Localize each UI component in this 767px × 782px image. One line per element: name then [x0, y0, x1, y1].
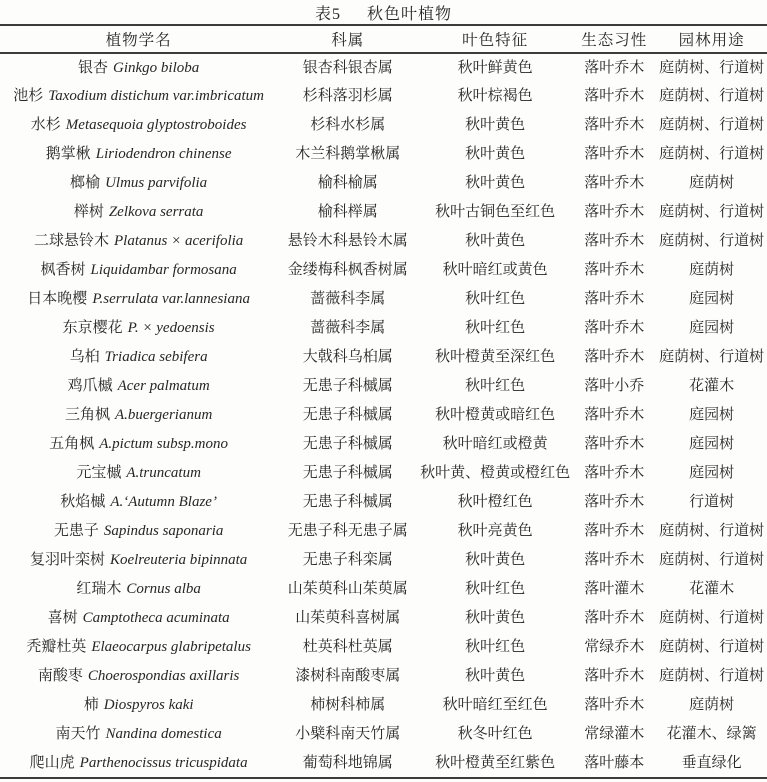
habit-cell: 落叶小乔 [572, 372, 656, 401]
table-row: 水杉Metasequoia glyptostroboides 杉科水杉属 秋叶黄… [0, 111, 767, 140]
plant-name-cell: 元宝槭A.truncatum [0, 459, 277, 488]
plant-name-latin: A.truncatum [126, 465, 201, 481]
plant-name-latin: Diospyros kaki [104, 697, 194, 713]
plant-name-latin: Zelkova serrata [109, 204, 204, 220]
leaf-color-cell: 秋叶红色 [418, 372, 572, 401]
leaf-color-cell: 秋叶橙黄或暗红色 [418, 401, 572, 430]
family-genus-cell: 蔷薇科李属 [277, 314, 418, 343]
habit-cell: 常绿灌木 [572, 720, 656, 749]
table-row: 秃瓣杜英Elaeocarpus glabripetalus 杜英科杜英属 秋叶红… [0, 633, 767, 662]
plant-name-latin: Liquidambar formosana [91, 262, 237, 278]
plant-name-cn: 水杉 [31, 117, 61, 133]
plant-name-latin: Cornus alba [126, 581, 201, 597]
garden-use-cell: 庭荫树 [656, 256, 767, 285]
plant-name-latin: Elaeocarpus glabripetalus [91, 639, 251, 655]
leaf-color-cell: 秋叶橙红色 [418, 488, 572, 517]
leaf-color-cell: 秋叶红色 [418, 633, 572, 662]
table-row: 三角枫A.buergerianum 无患子科槭属 秋叶橙黄或暗红色 落叶乔木 庭… [0, 401, 767, 430]
family-genus-cell: 大戟科乌桕属 [277, 343, 418, 372]
plant-name-latin: Camptotheca acuminata [83, 610, 230, 626]
plant-name-cell: 南天竹Nandina domestica [0, 720, 277, 749]
plant-name-cn: 鸡爪槭 [68, 378, 113, 394]
plant-name-latin: Liriodendron chinense [96, 146, 232, 162]
column-header-garden-use: 园林用途 [656, 25, 767, 53]
plant-name-cn: 二球悬铃木 [34, 233, 109, 249]
plant-name-cell: 红瑞木Cornus alba [0, 575, 277, 604]
plant-name-cn: 五角枫 [49, 436, 94, 452]
plant-name-cell: 秃瓣杜英Elaeocarpus glabripetalus [0, 633, 277, 662]
habit-cell: 落叶乔木 [572, 517, 656, 546]
habit-cell: 落叶乔木 [572, 662, 656, 691]
habit-cell: 落叶乔木 [572, 53, 656, 82]
table-row: 银杏Ginkgo biloba 银杏科银杏属 秋叶鲜黄色 落叶乔木 庭荫树、行道… [0, 53, 767, 82]
table-row: 鹅掌楸Liriodendron chinense 木兰科鹅掌楸属 秋叶黄色 落叶… [0, 140, 767, 169]
garden-use-cell: 行道树 [656, 488, 767, 517]
plant-name-cell: 三角枫A.buergerianum [0, 401, 277, 430]
table-row: 无患子Sapindus saponaria 无患子科无患子属 秋叶亮黄色 落叶乔… [0, 517, 767, 546]
family-genus-cell: 无患子科槭属 [277, 430, 418, 459]
family-genus-cell: 无患子科栾属 [277, 546, 418, 575]
table-row: 枫香树Liquidambar formosana 金缕梅科枫香树属 秋叶暗红或黄… [0, 256, 767, 285]
plant-name-cn: 南酸枣 [38, 668, 83, 684]
plant-name-cell: 喜树Camptotheca acuminata [0, 604, 277, 633]
habit-cell: 落叶乔木 [572, 198, 656, 227]
garden-use-cell: 庭荫树、行道树 [656, 198, 767, 227]
family-genus-cell: 葡萄科地锦属 [277, 749, 418, 778]
garden-use-cell: 庭园树 [656, 314, 767, 343]
leaf-color-cell: 秋叶黄色 [418, 140, 572, 169]
leaf-color-cell: 秋叶红色 [418, 285, 572, 314]
plants-table: 植物学名 科属 叶色特征 生态习性 园林用途 银杏Ginkgo biloba 银… [0, 24, 767, 779]
table-row: 日本晚樱P.serrulata var.lannesiana 蔷薇科李属 秋叶红… [0, 285, 767, 314]
family-genus-cell: 银杏科银杏属 [277, 53, 418, 82]
habit-cell: 落叶乔木 [572, 140, 656, 169]
leaf-color-cell: 秋叶暗红或黄色 [418, 256, 572, 285]
plant-name-cell: 二球悬铃木Platanus × acerifolia [0, 227, 277, 256]
family-genus-cell: 榆科榆属 [277, 169, 418, 198]
family-genus-cell: 杉科落羽杉属 [277, 82, 418, 111]
garden-use-cell: 花灌木 [656, 575, 767, 604]
column-header-family-genus: 科属 [277, 25, 418, 53]
habit-cell: 落叶乔木 [572, 488, 656, 517]
habit-cell: 落叶乔木 [572, 430, 656, 459]
plant-name-latin: Ulmus parvifolia [105, 175, 207, 191]
plant-name-cell: 池杉Taxodium distichum var.imbricatum [0, 82, 277, 111]
leaf-color-cell: 秋冬叶红色 [418, 720, 572, 749]
family-genus-cell: 无患子科槭属 [277, 372, 418, 401]
plant-name-cn: 东京樱花 [63, 320, 123, 336]
table-row: 爬山虎Parthenocissus tricuspidata 葡萄科地锦属 秋叶… [0, 749, 767, 778]
habit-cell: 落叶乔木 [572, 604, 656, 633]
habit-cell: 落叶乔木 [572, 691, 656, 720]
family-genus-cell: 木兰科鹅掌楸属 [277, 140, 418, 169]
family-genus-cell: 柿树科柿属 [277, 691, 418, 720]
habit-cell: 落叶灌木 [572, 575, 656, 604]
garden-use-cell: 庭荫树、行道树 [656, 662, 767, 691]
table-row: 元宝槭A.truncatum 无患子科槭属 秋叶黄、橙黄或橙红色 落叶乔木 庭园… [0, 459, 767, 488]
plant-name-cell: 柿Diospyros kaki [0, 691, 277, 720]
garden-use-cell: 庭荫树、行道树 [656, 343, 767, 372]
leaf-color-cell: 秋叶红色 [418, 314, 572, 343]
family-genus-cell: 无患子科槭属 [277, 459, 418, 488]
plant-name-cn: 鹅掌楸 [46, 146, 91, 162]
family-genus-cell: 蔷薇科李属 [277, 285, 418, 314]
habit-cell: 落叶藤本 [572, 749, 656, 778]
plant-name-cn: 三角枫 [65, 407, 110, 423]
plant-name-latin: Triadica sebifera [105, 349, 208, 365]
table-label: 表5 [315, 1, 341, 24]
family-genus-cell: 小檗科南天竹属 [277, 720, 418, 749]
garden-use-cell: 庭荫树、行道树 [656, 517, 767, 546]
garden-use-cell: 垂直绿化 [656, 749, 767, 778]
family-genus-cell: 漆树科南酸枣属 [277, 662, 418, 691]
garden-use-cell: 庭荫树、行道树 [656, 111, 767, 140]
garden-use-cell: 庭荫树、行道树 [656, 546, 767, 575]
garden-use-cell: 庭荫树、行道树 [656, 140, 767, 169]
plant-name-cn: 池杉 [13, 88, 43, 104]
plant-name-latin: A.pictum subsp.mono [99, 436, 228, 452]
plant-name-cn: 爬山虎 [30, 755, 75, 771]
plant-name-cn: 红瑞木 [76, 581, 121, 597]
column-header-leaf-color: 叶色特征 [418, 25, 572, 53]
plant-name-cell: 乌桕Triadica sebifera [0, 343, 277, 372]
plant-name-latin: Koelreuteria bipinnata [110, 552, 247, 568]
plant-name-cell: 东京樱花P. × yedoensis [0, 314, 277, 343]
habit-cell: 落叶乔木 [572, 256, 656, 285]
leaf-color-cell: 秋叶橙黄至红紫色 [418, 749, 572, 778]
plant-name-cell: 南酸枣Choerospondias axillaris [0, 662, 277, 691]
leaf-color-cell: 秋叶黄色 [418, 604, 572, 633]
table-row: 东京樱花P. × yedoensis 蔷薇科李属 秋叶红色 落叶乔木 庭园树 [0, 314, 767, 343]
garden-use-cell: 庭园树 [656, 401, 767, 430]
leaf-color-cell: 秋叶红色 [418, 575, 572, 604]
plant-name-cn: 银杏 [78, 60, 108, 76]
plant-name-cn: 喜树 [48, 610, 78, 626]
header-row: 植物学名 科属 叶色特征 生态习性 园林用途 [0, 25, 767, 53]
plant-name-cell: 复羽叶栾树Koelreuteria bipinnata [0, 546, 277, 575]
leaf-color-cell: 秋叶暗红或橙黄 [418, 430, 572, 459]
leaf-color-cell: 秋叶黄色 [418, 111, 572, 140]
habit-cell: 落叶乔木 [572, 314, 656, 343]
table-caption: 表5 秋色叶植物 [0, 0, 767, 24]
plant-name-cn: 无患子 [54, 523, 99, 539]
garden-use-cell: 花灌木、绿篱 [656, 720, 767, 749]
garden-use-cell: 庭园树 [656, 430, 767, 459]
plant-name-cn: 元宝槭 [76, 465, 121, 481]
plant-name-latin: Platanus × acerifolia [114, 233, 243, 249]
document-page: 表5 秋色叶植物 植物学名 科属 叶色特征 生态习性 园林用途 银杏Ginkgo… [0, 0, 767, 782]
leaf-color-cell: 秋叶棕褐色 [418, 82, 572, 111]
habit-cell: 落叶乔木 [572, 343, 656, 372]
garden-use-cell: 庭荫树、行道树 [656, 53, 767, 82]
plant-name-latin: A.buergerianum [115, 407, 212, 423]
table-title: 秋色叶植物 [367, 1, 452, 24]
garden-use-cell: 庭荫树 [656, 691, 767, 720]
leaf-color-cell: 秋叶黄、橙黄或橙红色 [418, 459, 572, 488]
plant-name-cell: 无患子Sapindus saponaria [0, 517, 277, 546]
plant-name-cell: 鸡爪槭Acer palmatum [0, 372, 277, 401]
family-genus-cell: 悬铃木科悬铃木属 [277, 227, 418, 256]
plant-name-cell: 日本晚樱P.serrulata var.lannesiana [0, 285, 277, 314]
table-row: 南酸枣Choerospondias axillaris 漆树科南酸枣属 秋叶黄色… [0, 662, 767, 691]
family-genus-cell: 金缕梅科枫香树属 [277, 256, 418, 285]
garden-use-cell: 庭荫树、行道树 [656, 227, 767, 256]
garden-use-cell: 庭荫树 [656, 169, 767, 198]
plant-name-latin: A.‘Autumn Blaze’ [110, 494, 217, 510]
plant-name-latin: Metasequoia glyptostroboides [66, 117, 247, 133]
leaf-color-cell: 秋叶黄色 [418, 227, 572, 256]
table-row: 复羽叶栾树Koelreuteria bipinnata 无患子科栾属 秋叶黄色 … [0, 546, 767, 575]
garden-use-cell: 花灌木 [656, 372, 767, 401]
family-genus-cell: 山茱萸科喜树属 [277, 604, 418, 633]
leaf-color-cell: 秋叶黄色 [418, 662, 572, 691]
plant-name-cell: 榉树Zelkova serrata [0, 198, 277, 227]
plant-name-latin: Ginkgo biloba [113, 60, 199, 76]
plant-name-latin: Parthenocissus tricuspidata [80, 755, 248, 771]
garden-use-cell: 庭园树 [656, 285, 767, 314]
leaf-color-cell: 秋叶黄色 [418, 169, 572, 198]
plant-name-cell: 水杉Metasequoia glyptostroboides [0, 111, 277, 140]
habit-cell: 落叶乔木 [572, 401, 656, 430]
habit-cell: 落叶乔木 [572, 169, 656, 198]
table-row: 秋焰槭A.‘Autumn Blaze’ 无患子科槭属 秋叶橙红色 落叶乔木 行道… [0, 488, 767, 517]
table-row: 南天竹Nandina domestica 小檗科南天竹属 秋冬叶红色 常绿灌木 … [0, 720, 767, 749]
leaf-color-cell: 秋叶暗红至红色 [418, 691, 572, 720]
table-row: 池杉Taxodium distichum var.imbricatum 杉科落羽… [0, 82, 767, 111]
family-genus-cell: 杜英科杜英属 [277, 633, 418, 662]
family-genus-cell: 山茱萸科山茱萸属 [277, 575, 418, 604]
habit-cell: 落叶乔木 [572, 285, 656, 314]
plant-name-cell: 秋焰槭A.‘Autumn Blaze’ [0, 488, 277, 517]
column-header-habit: 生态习性 [572, 25, 656, 53]
table-row: 二球悬铃木Platanus × acerifolia 悬铃木科悬铃木属 秋叶黄色… [0, 227, 767, 256]
garden-use-cell: 庭园树 [656, 459, 767, 488]
plant-name-latin: P. × yedoensis [128, 320, 215, 336]
plant-name-latin: Nandina domestica [106, 726, 222, 742]
table-body: 银杏Ginkgo biloba 银杏科银杏属 秋叶鲜黄色 落叶乔木 庭荫树、行道… [0, 53, 767, 778]
habit-cell: 落叶乔木 [572, 227, 656, 256]
plant-name-cn: 复羽叶栾树 [30, 552, 105, 568]
plant-name-latin: Sapindus saponaria [104, 523, 224, 539]
plant-name-cn: 枫香树 [40, 262, 85, 278]
family-genus-cell: 无患子科槭属 [277, 401, 418, 430]
plant-name-cell: 鹅掌楸Liriodendron chinense [0, 140, 277, 169]
plant-name-cn: 榉树 [74, 204, 104, 220]
family-genus-cell: 无患子科无患子属 [277, 517, 418, 546]
leaf-color-cell: 秋叶古铜色至红色 [418, 198, 572, 227]
table-row: 乌桕Triadica sebifera 大戟科乌桕属 秋叶橙黄至深红色 落叶乔木… [0, 343, 767, 372]
plant-name-latin: Taxodium distichum var.imbricatum [48, 88, 264, 104]
plant-name-cell: 五角枫A.pictum subsp.mono [0, 430, 277, 459]
table-row: 榔榆Ulmus parvifolia 榆科榆属 秋叶黄色 落叶乔木 庭荫树 [0, 169, 767, 198]
table-row: 鸡爪槭Acer palmatum 无患子科槭属 秋叶红色 落叶小乔 花灌木 [0, 372, 767, 401]
table-row: 柿Diospyros kaki 柿树科柿属 秋叶暗红至红色 落叶乔木 庭荫树 [0, 691, 767, 720]
family-genus-cell: 无患子科槭属 [277, 488, 418, 517]
leaf-color-cell: 秋叶亮黄色 [418, 517, 572, 546]
family-genus-cell: 杉科水杉属 [277, 111, 418, 140]
habit-cell: 落叶乔木 [572, 111, 656, 140]
garden-use-cell: 庭荫树、行道树 [656, 604, 767, 633]
garden-use-cell: 庭荫树、行道树 [656, 82, 767, 111]
plant-name-latin: Choerospondias axillaris [88, 668, 240, 684]
plant-name-cn: 榔榆 [70, 175, 100, 191]
table-row: 榉树Zelkova serrata 榆科榉属 秋叶古铜色至红色 落叶乔木 庭荫树… [0, 198, 767, 227]
garden-use-cell: 庭荫树、行道树 [656, 633, 767, 662]
table-row: 五角枫A.pictum subsp.mono 无患子科槭属 秋叶暗红或橙黄 落叶… [0, 430, 767, 459]
plant-name-cell: 爬山虎Parthenocissus tricuspidata [0, 749, 277, 778]
plant-name-cn: 柿 [84, 697, 99, 713]
leaf-color-cell: 秋叶鲜黄色 [418, 53, 572, 82]
habit-cell: 常绿乔木 [572, 633, 656, 662]
plant-name-latin: P.serrulata var.lannesiana [92, 291, 250, 307]
leaf-color-cell: 秋叶橙黄至深红色 [418, 343, 572, 372]
leaf-color-cell: 秋叶黄色 [418, 546, 572, 575]
plant-name-cn: 日本晚樱 [27, 291, 87, 307]
plant-name-cn: 秋焰槭 [60, 494, 105, 510]
plant-name-cell: 银杏Ginkgo biloba [0, 53, 277, 82]
family-genus-cell: 榆科榉属 [277, 198, 418, 227]
table-row: 红瑞木Cornus alba 山茱萸科山茱萸属 秋叶红色 落叶灌木 花灌木 [0, 575, 767, 604]
habit-cell: 落叶乔木 [572, 459, 656, 488]
habit-cell: 落叶乔木 [572, 546, 656, 575]
table-row: 喜树Camptotheca acuminata 山茱萸科喜树属 秋叶黄色 落叶乔… [0, 604, 767, 633]
plant-name-cell: 枫香树Liquidambar formosana [0, 256, 277, 285]
plant-name-cn: 乌桕 [70, 349, 100, 365]
plant-name-latin: Acer palmatum [118, 378, 210, 394]
plant-name-cell: 榔榆Ulmus parvifolia [0, 169, 277, 198]
column-header-botanical-name: 植物学名 [0, 25, 277, 53]
plant-name-cn: 南天竹 [56, 726, 101, 742]
habit-cell: 落叶乔木 [572, 82, 656, 111]
plant-name-cn: 秃瓣杜英 [26, 639, 86, 655]
